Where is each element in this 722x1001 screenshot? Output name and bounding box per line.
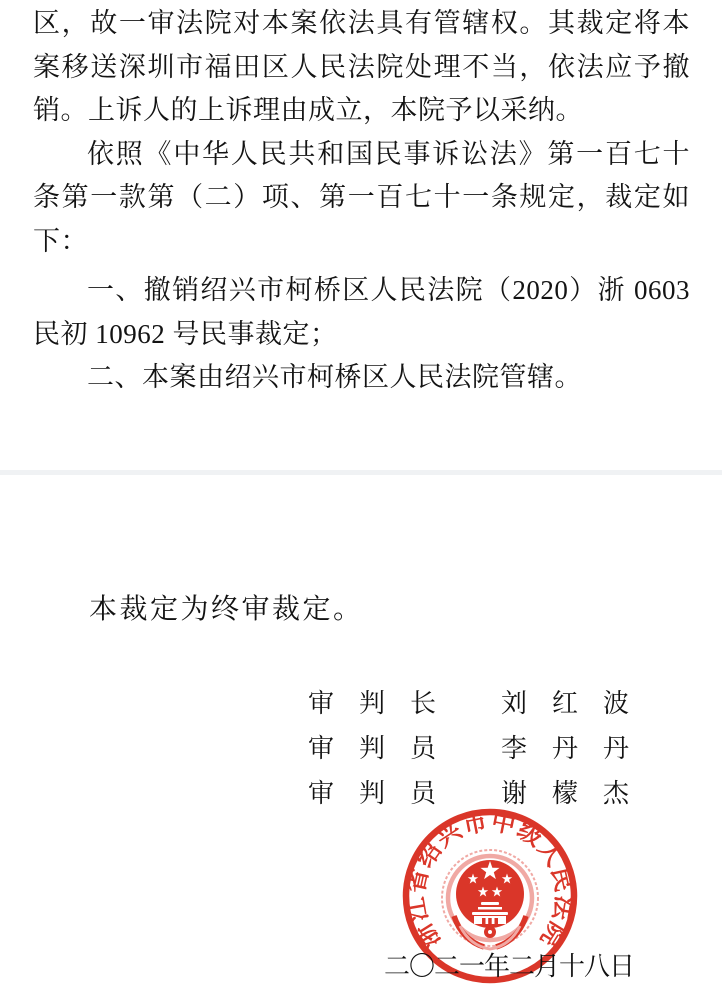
judge-role: 审判长 bbox=[308, 681, 461, 726]
page-divider bbox=[0, 470, 722, 475]
signature-row-presiding-judge: 审判长 刘红波 bbox=[308, 681, 654, 726]
closing-statement: 本裁定为终审裁定。 bbox=[33, 592, 693, 628]
paragraph-legal-basis: 依照《中华人民共和国民事诉讼法》第一百七十条第一款第（二）项、第一百七十一条规定… bbox=[33, 133, 690, 264]
paragraph-ruling-item-1: 一、撤销绍兴市柯桥区人民法院（2020）浙 0603 民初 10962 号民事裁… bbox=[33, 269, 690, 356]
judge-role: 审判员 bbox=[308, 726, 461, 771]
paragraph-jurisdiction: 区，故一审法院对本案依法具有管辖权。其裁定将本案移送深圳市福田区人民法院处理不当… bbox=[33, 2, 690, 133]
ruling-body-text: 区，故一审法院对本案依法具有管辖权。其裁定将本案移送深圳市福田区人民法院处理不当… bbox=[33, 2, 690, 400]
ruling-date: 二〇二一年二月十八日 bbox=[384, 951, 634, 983]
national-emblem-icon bbox=[442, 850, 538, 949]
judge-name: 李丹丹 bbox=[501, 726, 654, 771]
page-number: 2 bbox=[0, 366, 702, 386]
document-viewer[interactable]: 区，故一审法院对本案依法具有管辖权。其裁定将本案移送深圳市福田区人民法院处理不当… bbox=[0, 0, 722, 1001]
judge-name: 刘红波 bbox=[501, 681, 654, 726]
signature-row-judge-2: 审判员 李丹丹 bbox=[308, 726, 654, 771]
signature-block: 审判长 刘红波 审判员 李丹丹 审判员 谢檬杰 bbox=[308, 681, 654, 816]
